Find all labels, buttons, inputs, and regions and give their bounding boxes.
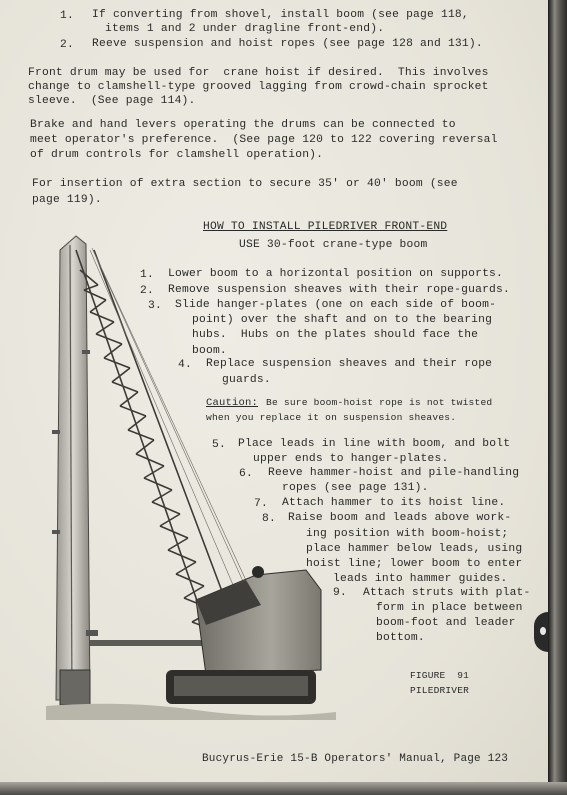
top-item-1-line-1: If converting from shovel, install boom … bbox=[92, 8, 469, 22]
step-9-line-4: bottom. bbox=[376, 631, 425, 645]
paragraph-2-line-1: Brake and hand levers operating the drum… bbox=[30, 118, 456, 132]
step-9-line-3: boom-foot and leader bbox=[376, 616, 516, 630]
step-8-line-3: place hammer below leads, using bbox=[306, 542, 522, 556]
paragraph-1-line-2: change to clamshell-type grooved lagging… bbox=[28, 80, 489, 94]
top-item-2-number: 2. bbox=[60, 38, 74, 52]
top-item-2-line-1: Reeve suspension and hoist ropes (see pa… bbox=[92, 37, 483, 51]
step-8-line-4: hoist line; lower boom to enter bbox=[306, 557, 522, 571]
figure-caption: PILEDRIVER bbox=[410, 684, 469, 698]
thumb-index-tab[interactable] bbox=[534, 612, 548, 652]
book-binding-edge bbox=[548, 0, 567, 795]
paragraph-2-line-2: meet operator's preference. (See page 12… bbox=[30, 133, 498, 147]
step-9-line-1: Attach struts with plat- bbox=[363, 586, 531, 600]
top-item-1-line-2: items 1 and 2 under dragline front-end). bbox=[105, 22, 384, 36]
step-8-line-2: ing position with boom-hoist; bbox=[306, 527, 508, 541]
paragraph-3-line-1: For insertion of extra section to secure… bbox=[32, 177, 458, 191]
paragraph-1-line-3: sleeve. (See page 114). bbox=[28, 94, 196, 108]
step-8-line-5: leads into hammer guides. bbox=[333, 572, 507, 586]
top-item-1-number: 1. bbox=[60, 9, 74, 23]
piledriver-photo bbox=[46, 230, 336, 720]
page-footer: Bucyrus-Erie 15-B Operators' Manual, Pag… bbox=[202, 752, 508, 766]
thumb-tab-marker bbox=[540, 627, 546, 635]
paragraph-3-line-2: page 119). bbox=[32, 193, 102, 207]
paragraph-2-line-3: of drum controls for clamshell operation… bbox=[30, 148, 323, 162]
page-bottom-shadow bbox=[0, 782, 567, 795]
figure-number: FIGURE 91 bbox=[410, 669, 469, 683]
manual-page: 1. If converting from shovel, install bo… bbox=[0, 0, 548, 782]
step-9-line-2: form in place between bbox=[376, 601, 523, 615]
paragraph-1-line-1: Front drum may be used for crane hoist i… bbox=[28, 66, 489, 80]
